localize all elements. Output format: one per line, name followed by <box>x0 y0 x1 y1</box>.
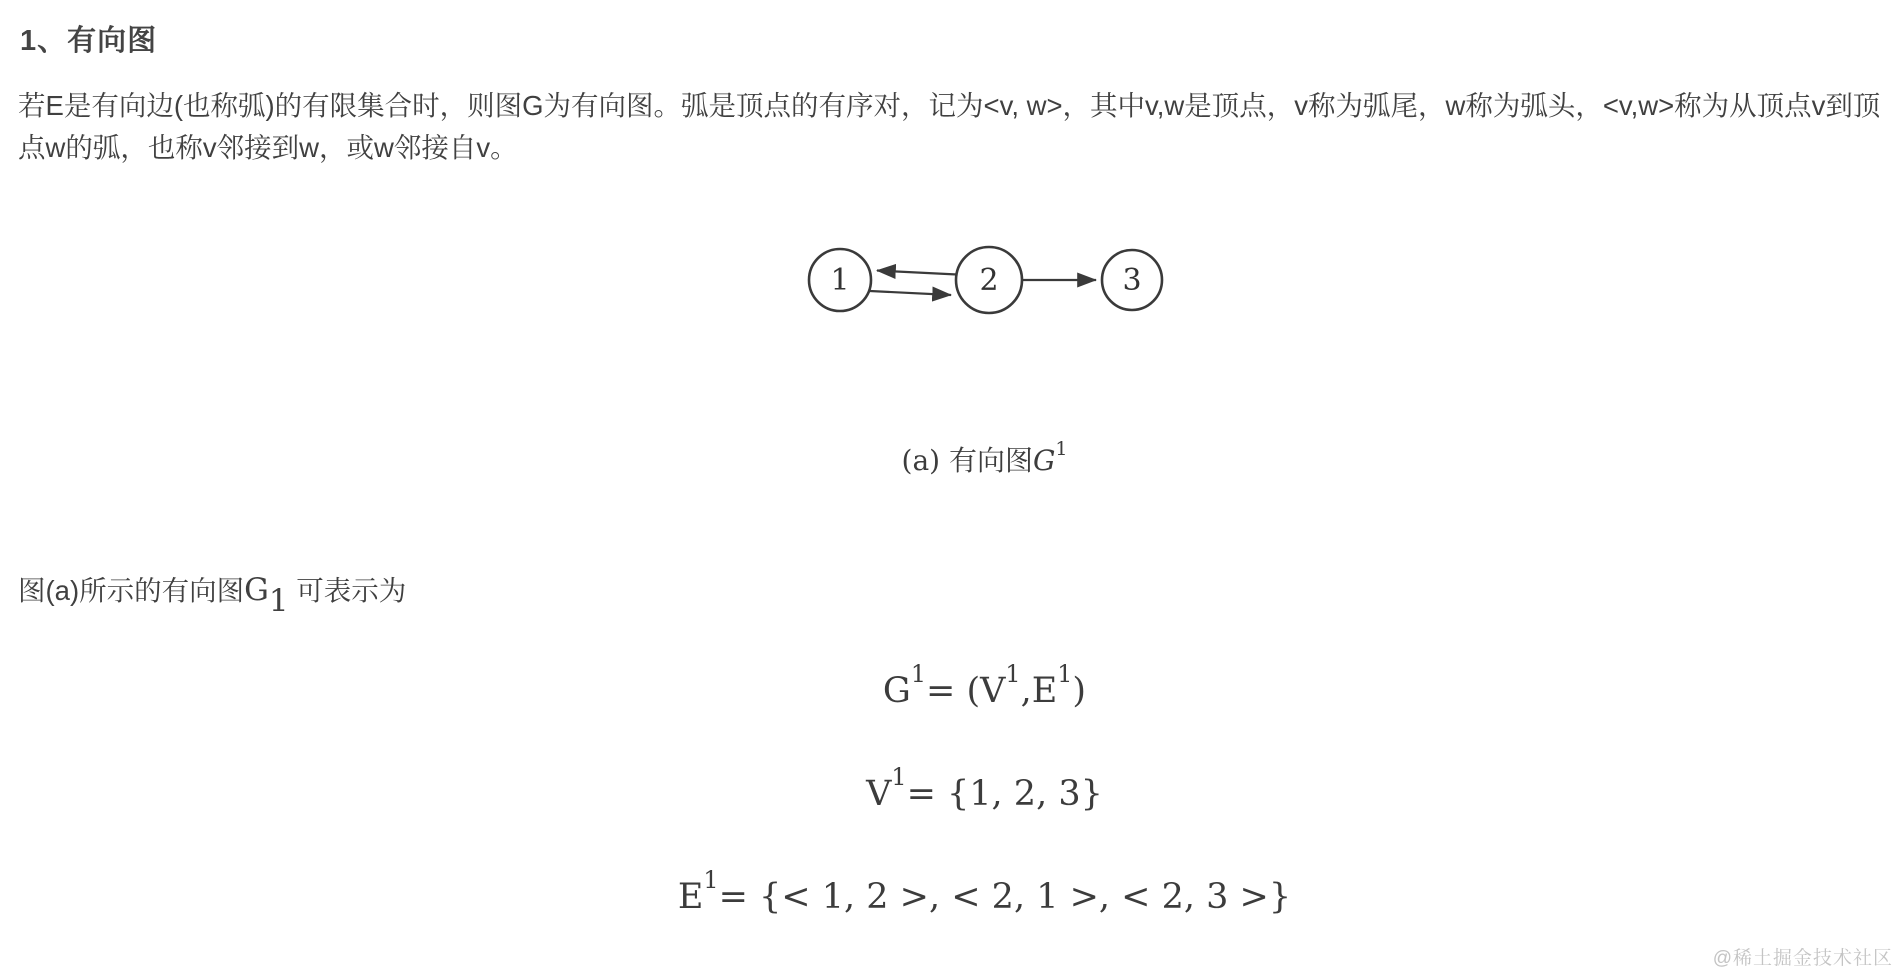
graph-node-1: 1 <box>809 249 871 311</box>
edge-1-to-2 <box>870 291 951 295</box>
section-heading: 1、有向图 <box>20 24 1885 59</box>
graph-node-2: 2 <box>956 247 1022 313</box>
figure-caption: (a) 有向图G1 <box>18 443 1885 479</box>
graph-node-1-label: 1 <box>830 263 849 298</box>
graph-node-2-label: 2 <box>979 263 998 298</box>
site-watermark: @稀土掘金技术社区 <box>1713 943 1893 970</box>
directed-graph-diagram: 1 2 3 <box>800 225 1170 335</box>
formula-e1-set: E1 = {< 1, 2 >, < 2, 1 >, < 2, 3 >} <box>18 872 1885 922</box>
formula-g1-definition: G1 = (V1, E1) <box>18 666 1885 716</box>
intro-sentence: 图(a)所示的有向图G1 可表示为 <box>18 567 1885 614</box>
definition-paragraph: 若E是有向边(也称弧)的有限集合时，则图G为有向图。弧是顶点的有序对，记为<v,… <box>18 85 1885 169</box>
article-body: 1、有向图 若E是有向边(也称弧)的有限集合时，则图G为有向图。弧是顶点的有序对… <box>0 24 1903 922</box>
graph-node-3: 3 <box>1102 250 1162 310</box>
formula-v1-set: V1 = {1, 2, 3} <box>18 769 1885 819</box>
graph-node-3-label: 3 <box>1122 263 1141 298</box>
directed-graph-figure: 1 2 3 <box>18 225 1885 335</box>
edge-2-to-1 <box>877 270 957 274</box>
